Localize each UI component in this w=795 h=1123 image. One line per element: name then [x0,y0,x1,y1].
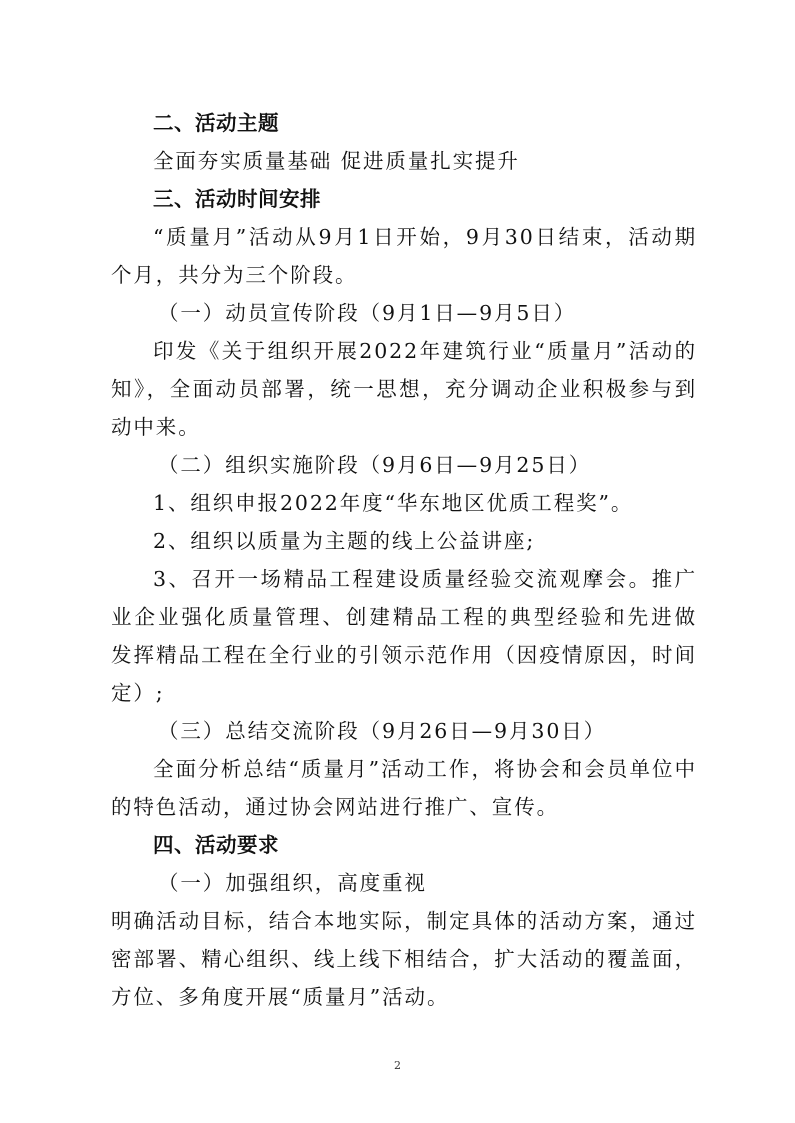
schedule-intro-line-2: 个月，共分为三个阶段。 [111,256,697,294]
phase-1-line-3: 动中来。 [111,408,697,446]
requirement-1-line-3: 方位、多角度开展“质量月”活动。 [111,978,697,1016]
phase-2-item-3-line-4: 定）; [111,674,697,712]
phase-2-item-3-line-1: 3、召开一场精品工程建设质量经验交流观摩会。推广建筑 [153,560,697,598]
phase-2-heading: （二）组织实施阶段（9月6日—9月25日） [158,446,697,484]
phase-2-item-1: 1、组织申报2022年度“华东地区优质工程奖”。 [153,484,697,522]
theme-text: 全面夯实质量基础 促进质量扎实提升 [153,142,697,180]
phase-2-item-2: 2、组织以质量为主题的线上公益讲座; [153,522,697,560]
page-number: 2 [0,1059,795,1072]
section-heading-schedule: 三、活动时间安排 [153,180,697,218]
phase-1-line-2: 知》，全面动员部署，统一思想，充分调动企业积极参与到活 [111,370,697,408]
document-page: 二、活动主题 全面夯实质量基础 促进质量扎实提升 三、活动时间安排 “质量月”活… [0,0,795,1123]
section-heading-theme: 二、活动主题 [153,104,697,142]
phase-1-heading: （一）动员宣传阶段（9月1日—9月5日） [158,294,697,332]
schedule-intro-line-1: “质量月”活动从9月1日开始，9月30日结束，活动期为1 [153,218,697,256]
phase-2-item-3-line-2: 业企业强化质量管理、创建精品工程的典型经验和先进做法， [111,598,697,636]
requirement-1-line-2: 密部署、精心组织、线上线下相结合，扩大活动的覆盖面，全 [111,940,697,978]
requirement-1-heading: （一）加强组织，高度重视 [158,864,697,902]
requirement-1-line-1: 明确活动目标，结合本地实际，制定具体的活动方案，通过周 [111,902,697,940]
phase-3-line-1: 全面分析总结“质量月”活动工作，将协会和会员单位中 [153,750,697,788]
phase-3-heading: （三）总结交流阶段（9月26日—9月30日） [158,712,697,750]
section-heading-requirements: 四、活动要求 [153,826,697,864]
phase-1-line-1: 印发《关于组织开展2022年建筑行业“质量月”活动的通 [153,332,697,370]
phase-2-item-3-line-3: 发挥精品工程在全行业的引领示范作用（因疫情原因，时间待 [111,636,697,674]
phase-3-line-2: 的特色活动，通过协会网站进行推广、宣传。 [111,788,697,826]
